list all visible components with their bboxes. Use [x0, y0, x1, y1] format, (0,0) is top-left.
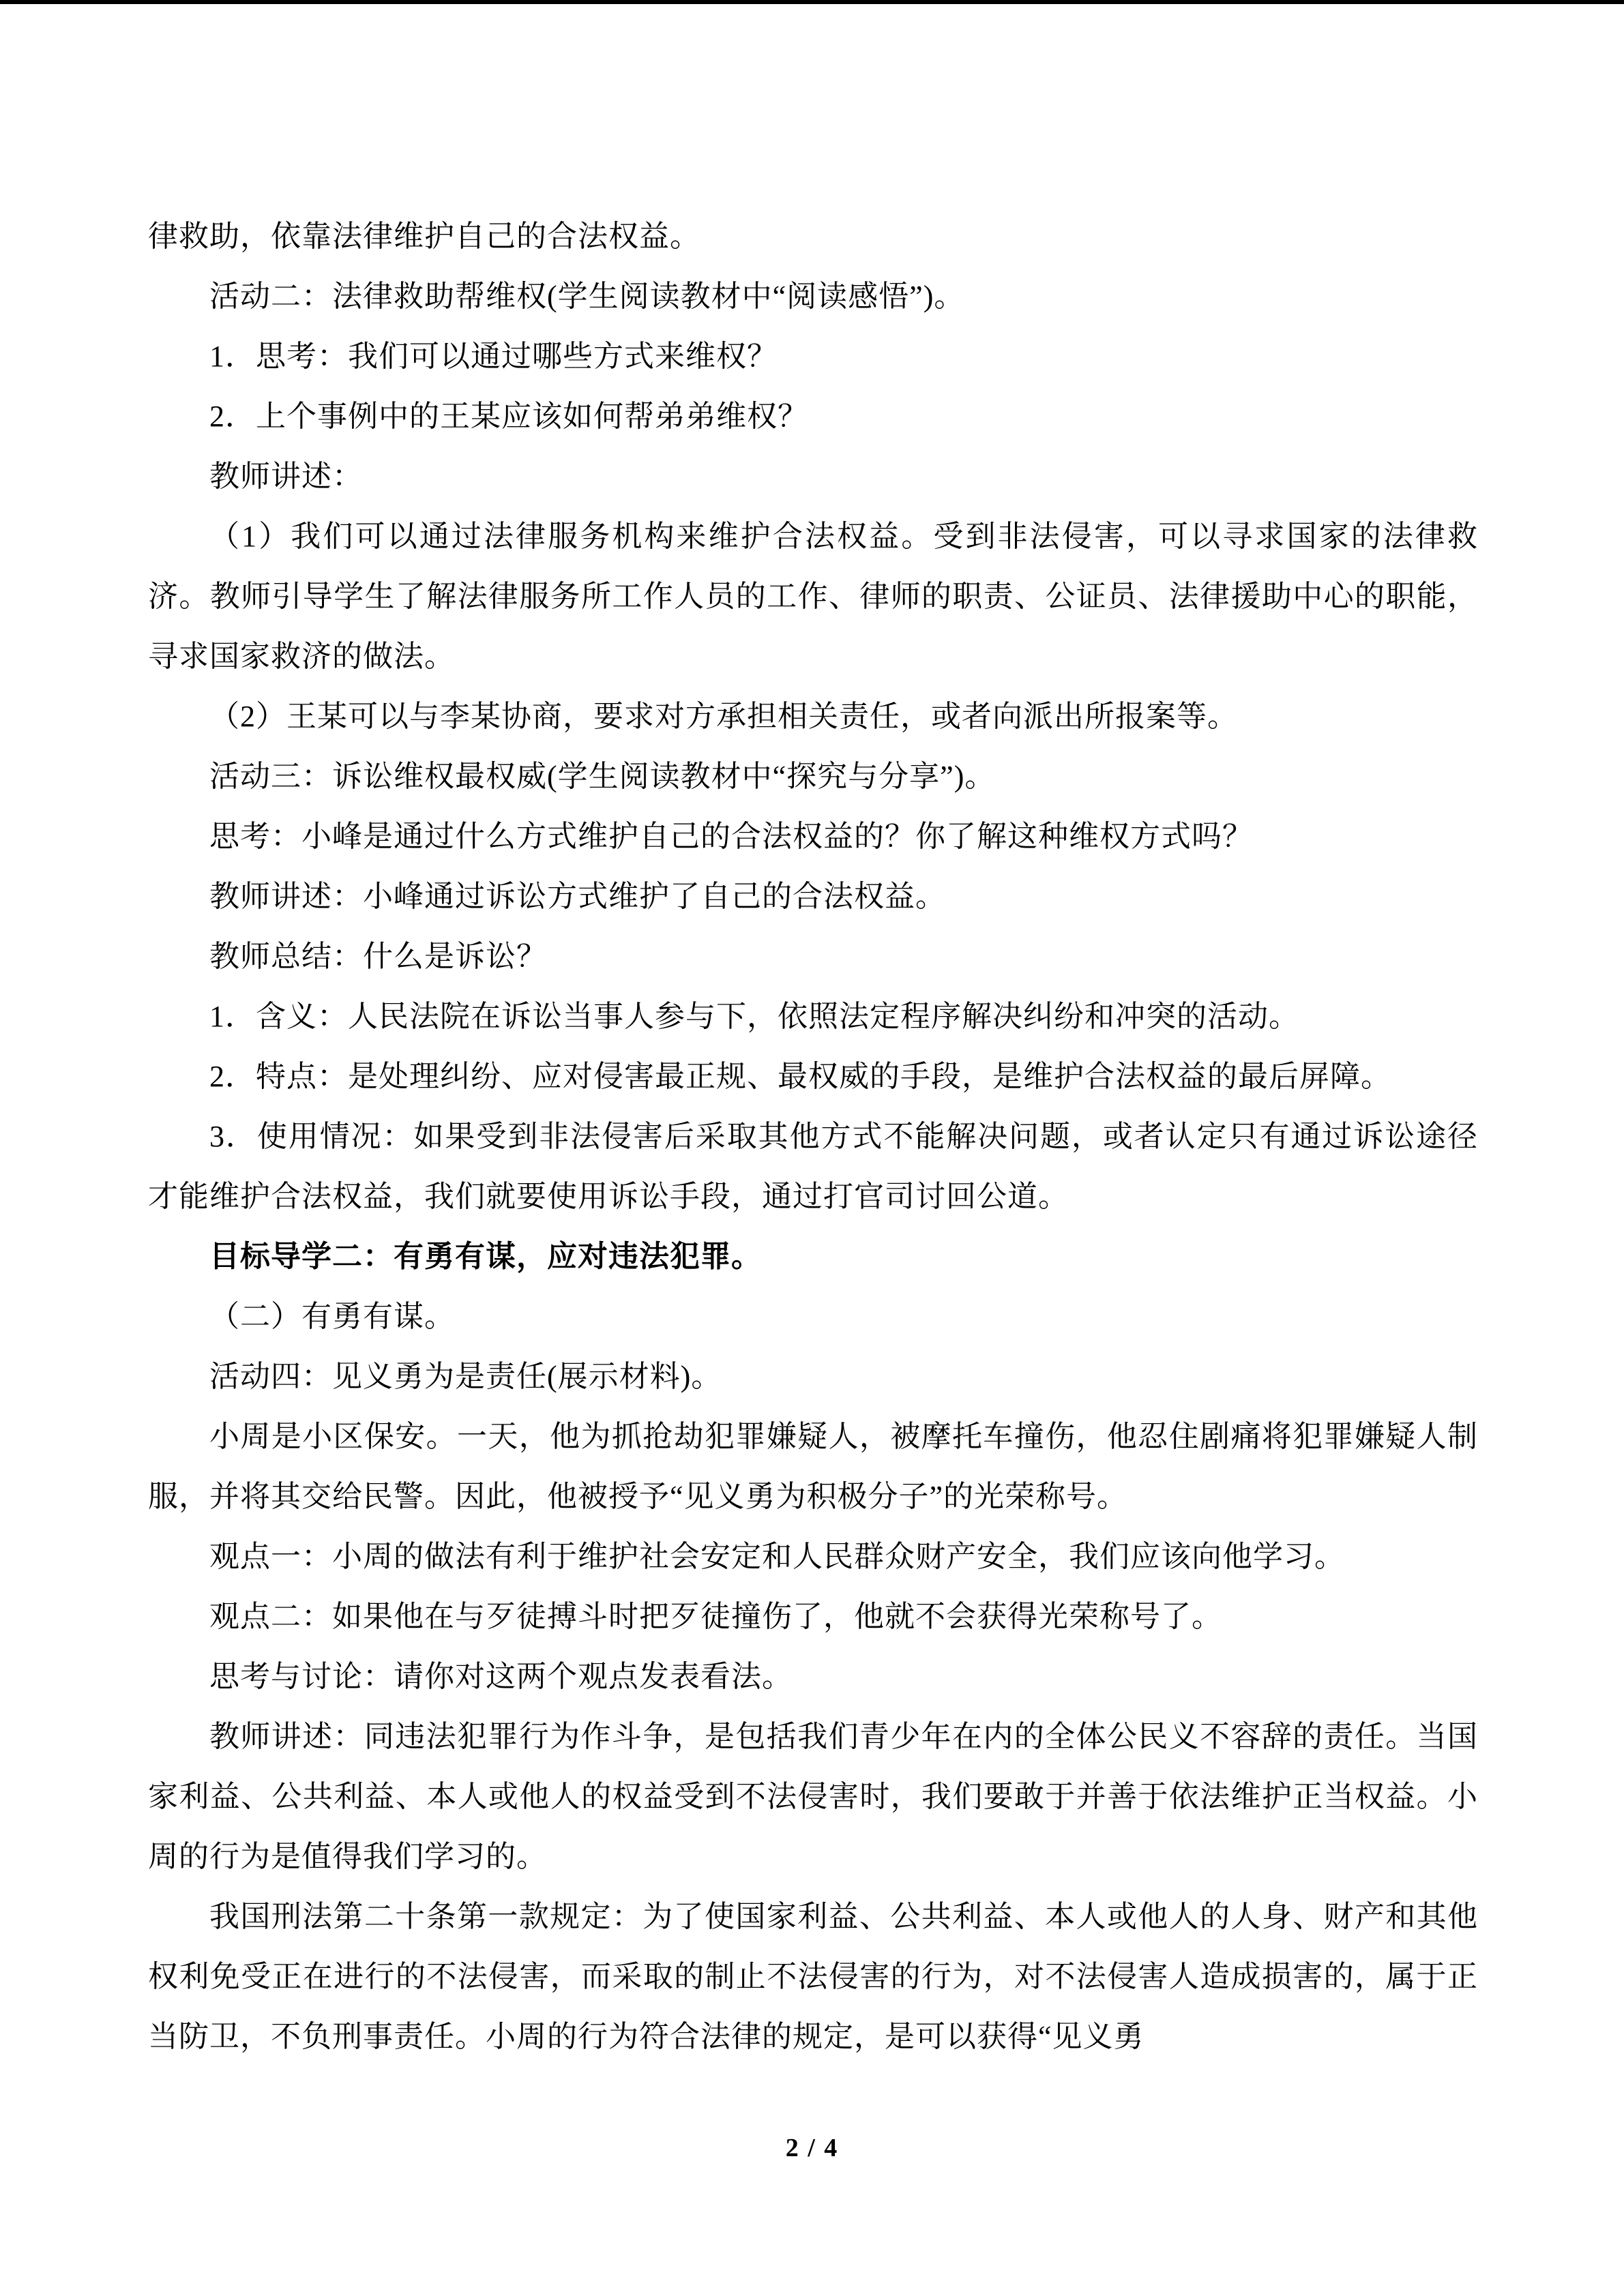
paragraph-line: （2）王某可以与李某协商，要求对方承担相关责任，或者向派出所报案等。 [148, 687, 1478, 747]
paragraph-line: 1．思考：我们可以通过哪些方式来维权？ [148, 327, 1478, 387]
paragraph-line: 2．上个事例中的王某应该如何帮弟弟维权？ [148, 387, 1478, 447]
paragraph-line: 思考与讨论：请你对这两个观点发表看法。 [148, 1647, 1478, 1707]
paragraph-line: 目标导学二：有勇有谋，应对违法犯罪。 [148, 1227, 1478, 1287]
paragraph-line: 活动四：见义勇为是责任(展示材料)。 [148, 1347, 1478, 1407]
paragraph-line: 活动二：法律救助帮维权(学生阅读教材中“阅读感悟”)。 [148, 267, 1478, 327]
paragraph-line: 小周是小区保安。一天，他为抓抢劫犯罪嫌疑人，被摩托车撞伤，他忍住剧痛将犯罪嫌疑人… [148, 1407, 1478, 1527]
paragraph-line: 2．特点：是处理纠纷、应对侵害最正规、最权威的手段，是维护合法权益的最后屏障。 [148, 1047, 1478, 1107]
paragraph-line: （二）有勇有谋。 [148, 1287, 1478, 1347]
page-footer: 2 / 4 [0, 2133, 1624, 2163]
paragraph-line: 教师讲述： [148, 447, 1478, 507]
paragraph-line: 教师讲述：同违法犯罪行为作斗争，是包括我们青少年在内的全体公民义不容辞的责任。当… [148, 1707, 1478, 1887]
paragraph-line: 3．使用情况：如果受到非法侵害后采取其他方式不能解决问题，或者认定只有通过诉讼途… [148, 1107, 1478, 1227]
paragraph-line: 律救助，依靠法律维护自己的合法权益。 [148, 207, 1478, 267]
document-page: 律救助，依靠法律维护自己的合法权益。活动二：法律救助帮维权(学生阅读教材中“阅读… [0, 0, 1624, 2296]
page-top-edge [0, 0, 1624, 4]
paragraph-line: 1．含义：人民法院在诉讼当事人参与下，依照法定程序解决纠纷和冲突的活动。 [148, 987, 1478, 1047]
paragraph-line: 活动三：诉讼维权最权威(学生阅读教材中“探究与分享”)。 [148, 747, 1478, 807]
paragraph-line: 思考：小峰是通过什么方式维护自己的合法权益的？你了解这种维权方式吗？ [148, 807, 1478, 867]
paragraph-line: 我国刑法第二十条第一款规定：为了使国家利益、公共利益、本人或他人的人身、财产和其… [148, 1887, 1478, 2067]
paragraph-line: 教师讲述：小峰通过诉讼方式维护了自己的合法权益。 [148, 867, 1478, 927]
page-number: 2 / 4 [786, 2134, 839, 2162]
paragraph-line: 观点一：小周的做法有利于维护社会安定和人民群众财产安全，我们应该向他学习。 [148, 1527, 1478, 1587]
paragraph-line: （1）我们可以通过法律服务机构来维护合法权益。受到非法侵害，可以寻求国家的法律救… [148, 507, 1478, 687]
paragraph-line: 教师总结：什么是诉讼？ [148, 927, 1478, 987]
document-body: 律救助，依靠法律维护自己的合法权益。活动二：法律救助帮维权(学生阅读教材中“阅读… [148, 207, 1478, 2067]
paragraph-line: 观点二：如果他在与歹徒搏斗时把歹徒撞伤了，他就不会获得光荣称号了。 [148, 1587, 1478, 1647]
